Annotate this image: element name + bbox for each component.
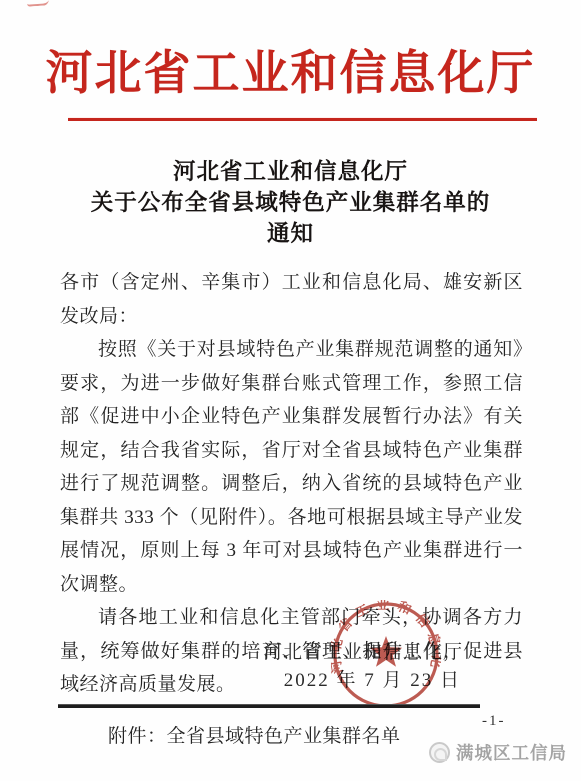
page-number: -1- xyxy=(482,713,506,730)
star-icon xyxy=(370,636,402,667)
footer-divider xyxy=(58,704,480,708)
title-line-2: 关于公布全省县域特色产业集群名单的 xyxy=(0,187,581,218)
document-page: 河北省工业和信息化厅 河北省工业和信息化厅 关于公布全省县域特色产业集群名单的 … xyxy=(0,0,581,781)
watermark-logo-icon xyxy=(429,742,450,763)
paragraph-1: 按照《关于对县域特色产业集群规范调整的通知》要求，为进一步做好集群台账式管理工作… xyxy=(60,333,523,601)
official-seal: 河北省工业和信息化厅 xyxy=(331,600,441,710)
title-line-3: 通知 xyxy=(0,218,581,249)
title-line-1: 河北省工业和信息化厅 xyxy=(0,156,581,187)
scan-mark xyxy=(27,0,49,7)
watermark: 满城区工信局 xyxy=(429,740,567,765)
document-title: 河北省工业和信息化厅 关于公布全省县域特色产业集群名单的 通知 xyxy=(0,156,581,249)
agency-masthead: 河北省工业和信息化厅 xyxy=(0,36,581,103)
salutation: 各市（含定州、辛集市）工业和信息化局、雄安新区发改局： xyxy=(60,266,523,333)
masthead-divider xyxy=(68,117,537,122)
watermark-text: 满城区工信局 xyxy=(456,740,567,765)
